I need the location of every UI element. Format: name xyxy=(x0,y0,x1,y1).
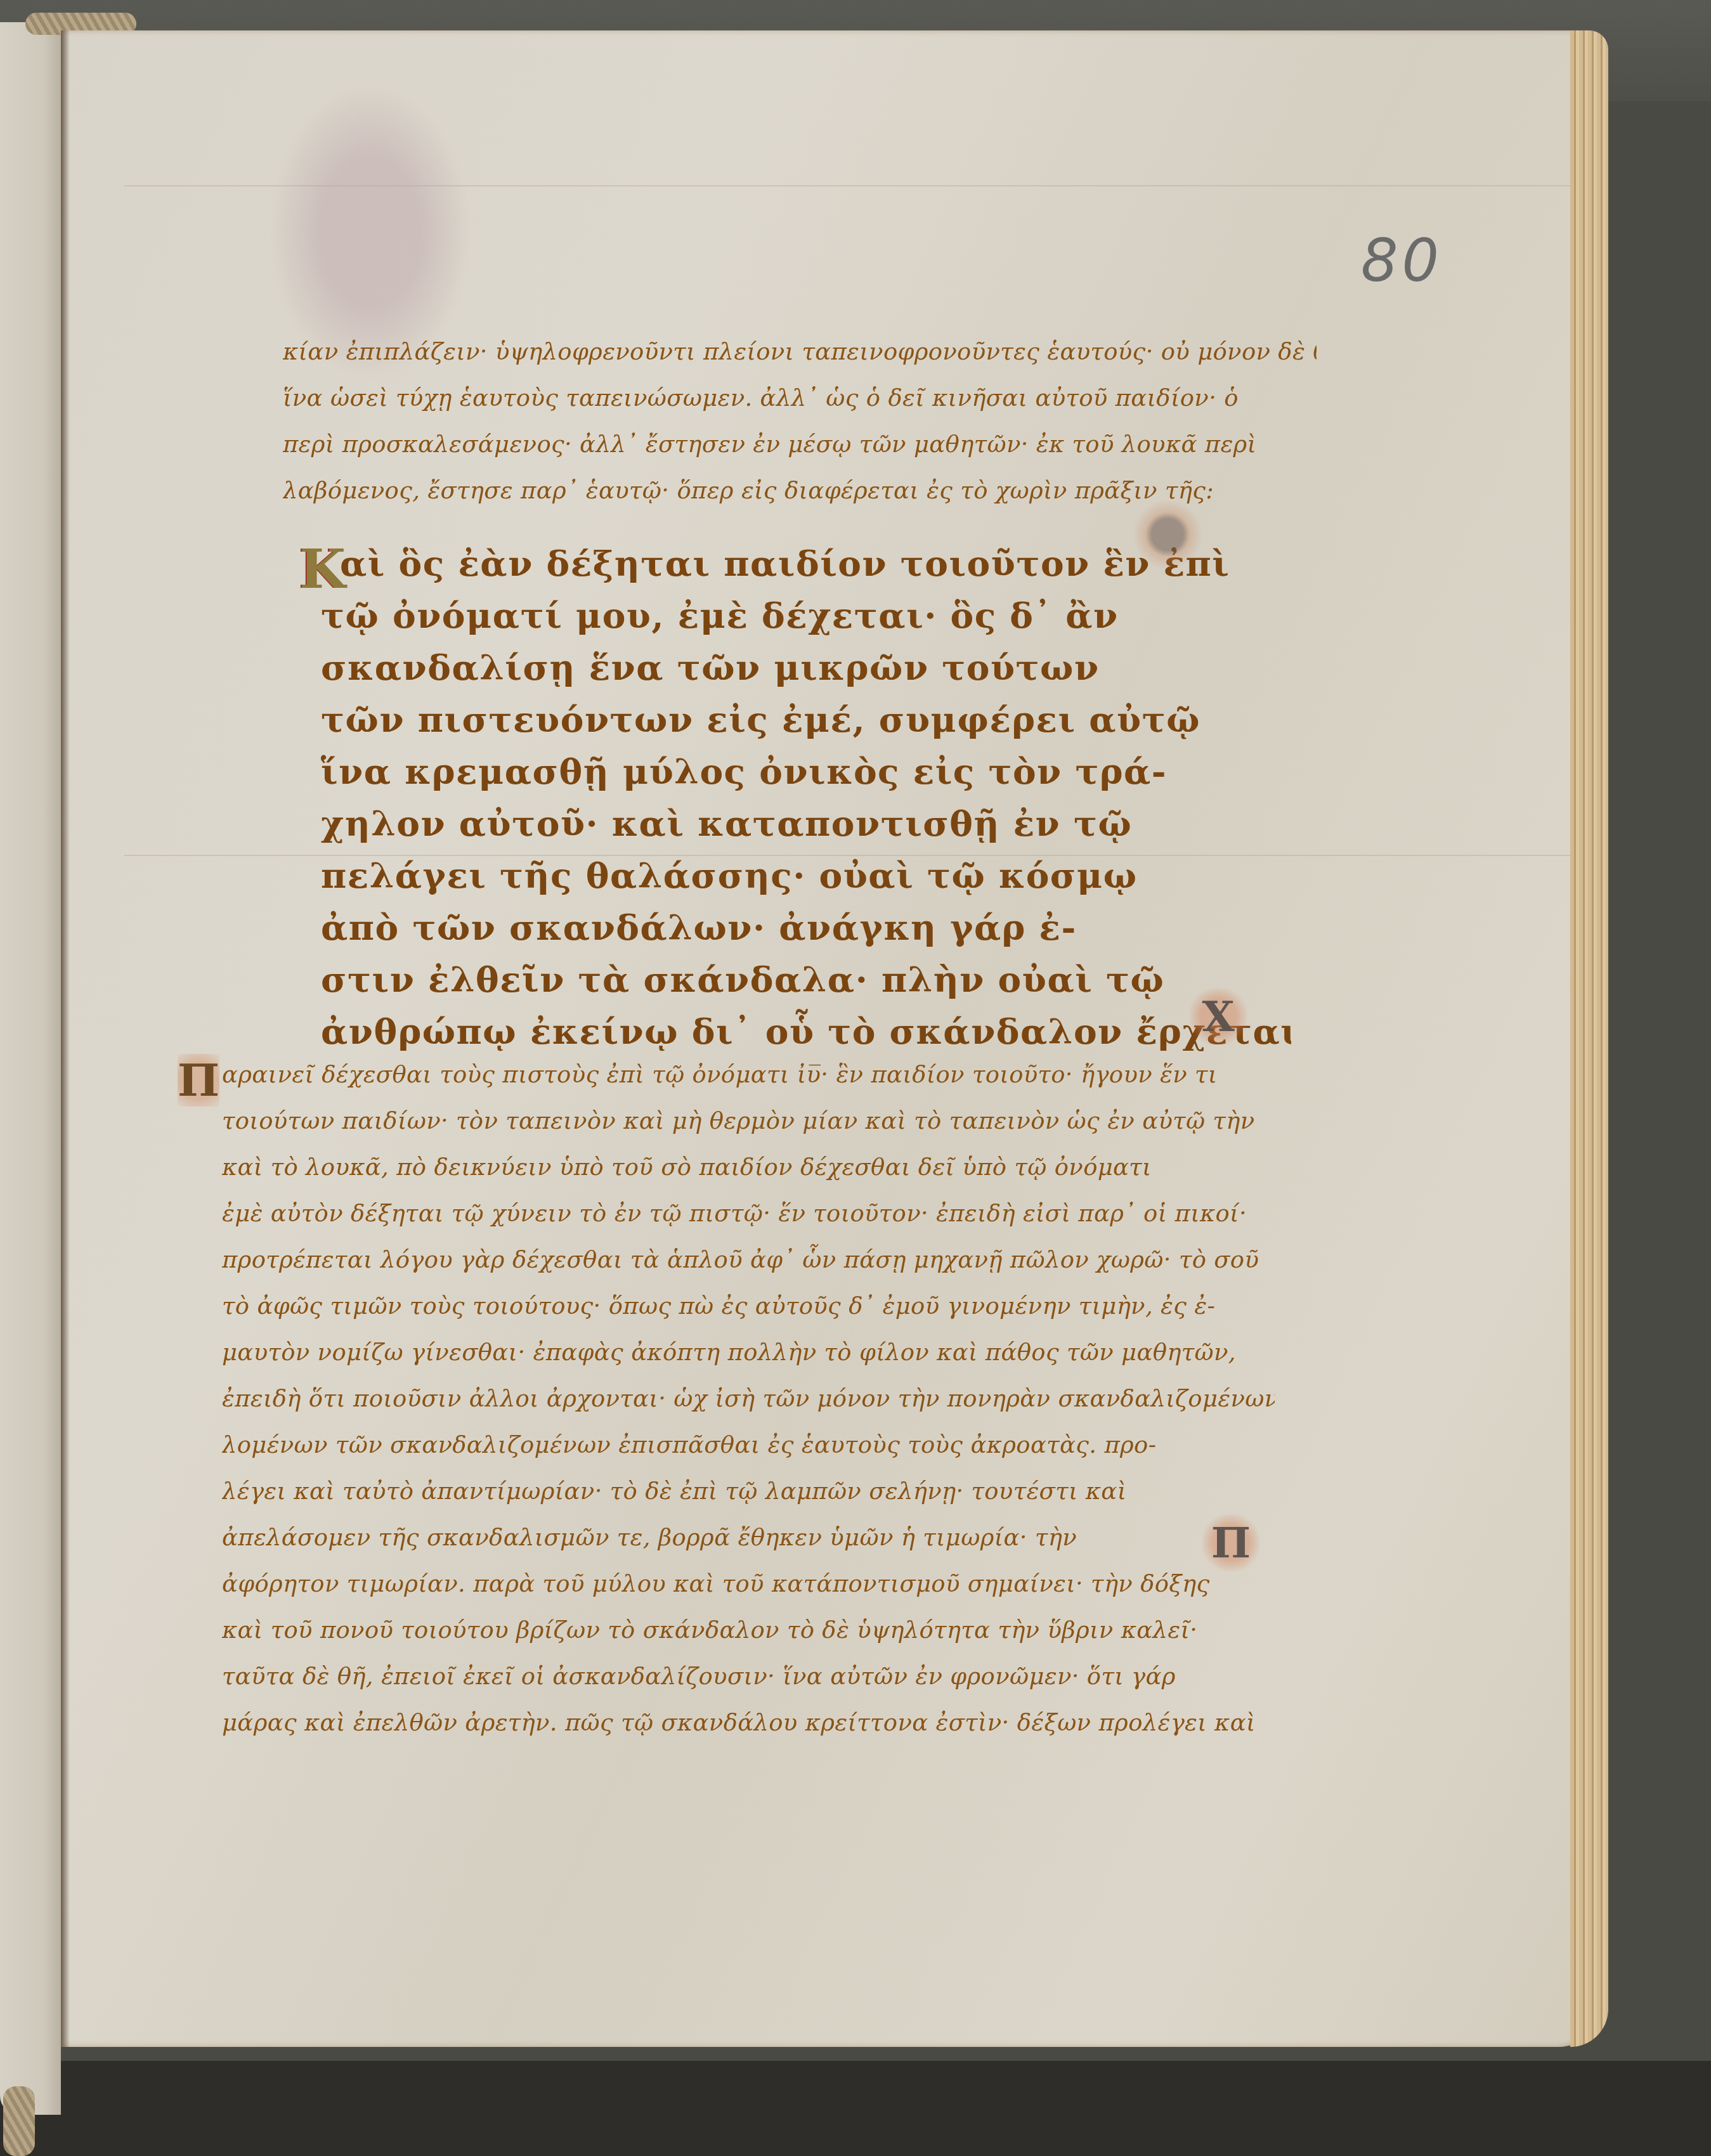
commentary-line: μάρας καὶ ἐπελθῶν ἀρετὴν. πῶς τῷ σκανδάλ… xyxy=(222,1699,1275,1746)
gospel-line: στιν ἐλθεῖν τὰ σκάνδαλα· πλὴν οὐαὶ τῷ xyxy=(264,954,1291,1006)
gospel-line: πελάγει τῆς θαλάσσης· οὐαὶ τῷ κόσμῳ xyxy=(264,850,1291,902)
gold-initial-kappa: Κ xyxy=(299,538,346,601)
commentary-line: ἀφόρητον τιμωρίαν. παρὰ τοῦ μύλου καὶ το… xyxy=(222,1561,1275,1607)
gospel-line: ἵνα κρεμασθῇ μύλος ὀνικὸς εἰς τὸν τρά- xyxy=(264,746,1291,798)
commentary-line: καὶ τοῦ πονοῦ τοιούτου βρίζων τὸ σκάνδαλ… xyxy=(222,1607,1275,1653)
commentary-line: μαυτὸν νομίζω γίνεσθαι· ἐπαφὰς ἀκόπτη πο… xyxy=(222,1329,1275,1375)
ruling-line xyxy=(124,185,1570,186)
commentary-line: περὶ προσκαλεσάμενος· ἀλλ᾽ ἔστησεν ἐν μέ… xyxy=(283,421,1317,467)
commentary-line: ταῦτα δὲ θῆ, ἐπειοῖ ἐκεῖ οἱ ἀσκανδαλίζου… xyxy=(222,1653,1275,1699)
backdrop-bottom xyxy=(0,2061,1711,2156)
binding-cord-bottom xyxy=(3,2086,35,2156)
initial-pi: Π xyxy=(178,1054,219,1107)
commentary-line: προτρέπεται λόγου γὰρ δέχεσθαι τὰ ἁπλοῦ … xyxy=(222,1237,1275,1283)
commentary-line: ἐμὲ αὐτὸν δέξηται τῷ χύνειν τὸ ἐν τῷ πισ… xyxy=(222,1190,1275,1237)
commentary-line: λομένων τῶν σκανδαλιζομένων ἐπισπᾶσθαι ἐ… xyxy=(222,1422,1275,1468)
left-page-edge xyxy=(0,22,61,2115)
gospel-line: σκανδαλίσῃ ἕνα τῶν μικρῶν τούτων xyxy=(264,642,1291,694)
upper-commentary: κίαν ἐπιπλάζειν· ὑψηλοφρενοῦντι πλείονι … xyxy=(283,328,1317,514)
gospel-line: ἀνθρώπῳ ἐκείνῳ δι᾽ οὗ τὸ σκάνδαλον ἔρχετ… xyxy=(264,1006,1291,1058)
commentary-line: ἐπειδὴ ὅτι ποιοῦσιν ἀλλοι ἀρχονται· ὡχ ἰ… xyxy=(222,1375,1275,1422)
commentary-line: ἵνα ὡσεὶ τύχῃ ἑαυτοὺς ταπεινώσωμεν. ἀλλ᾽… xyxy=(283,375,1317,421)
commentary-line: λέγει καὶ ταὐτὸ ἀπαντίμωρίαν· τὸ δὲ ἐπὶ … xyxy=(222,1468,1275,1514)
commentary-line: καὶ τὸ λουκᾶ, πὸ δεικνύειν ὑπὸ τοῦ σὸ πα… xyxy=(222,1144,1275,1190)
folio-number: 80 xyxy=(1361,227,1443,295)
gospel-line: χηλον αὐτοῦ· καὶ καταποντισθῇ ἐν τῷ xyxy=(264,798,1291,850)
page-stack-edges xyxy=(1570,30,1608,2047)
commentary-line: τὸ ἀφῶς τιμῶν τοὺς τοιούτους· ὅπως πὼ ἐς… xyxy=(222,1283,1275,1329)
gospel-line: τῷ ὀνόματί μου, ἐμὲ δέχεται· ὃς δ᾽ ἂν xyxy=(264,590,1291,642)
commentary-line: αραινεῖ δέχεσθαι τοὺς πιστοὺς ἐπὶ τῷ ὀνό… xyxy=(222,1051,1275,1098)
ink-stain xyxy=(1133,500,1202,569)
manuscript-page: 80 κίαν ἐπιπλάζειν· ὑψηλοφρενοῦντι πλείο… xyxy=(61,30,1608,2047)
gospel-text: Κ αὶ ὃς ἐὰν δέξηται παιδίον τοιοῦτον ἓν … xyxy=(264,538,1291,1058)
gospel-line: ἀπὸ τῶν σκανδάλων· ἀνάγκη γάρ ἐ- xyxy=(264,902,1291,954)
lower-commentary: Π αραινεῖ δέχεσθαι τοὺς πιστοὺς ἐπὶ τῷ ὀ… xyxy=(222,1051,1275,1746)
gospel-line: τῶν πιστευόντων εἰς ἐμέ, συμφέρει αὐτῷ xyxy=(264,694,1291,746)
chi-rubric-mark: Χ xyxy=(1190,988,1247,1045)
pi-rubric-mark: Π xyxy=(1202,1514,1259,1571)
commentary-line: κίαν ἐπιπλάζειν· ὑψηλοφρενοῦντι πλείονι … xyxy=(283,328,1317,375)
commentary-line: τοιούτων παιδίων· τὸν ταπεινὸν καὶ μὴ θε… xyxy=(222,1098,1275,1144)
commentary-line: ἀπελάσομεν τῆς σκανδαλισμῶν τε, βορρᾶ ἔθ… xyxy=(222,1514,1275,1561)
gutter-shadow xyxy=(61,30,70,2047)
